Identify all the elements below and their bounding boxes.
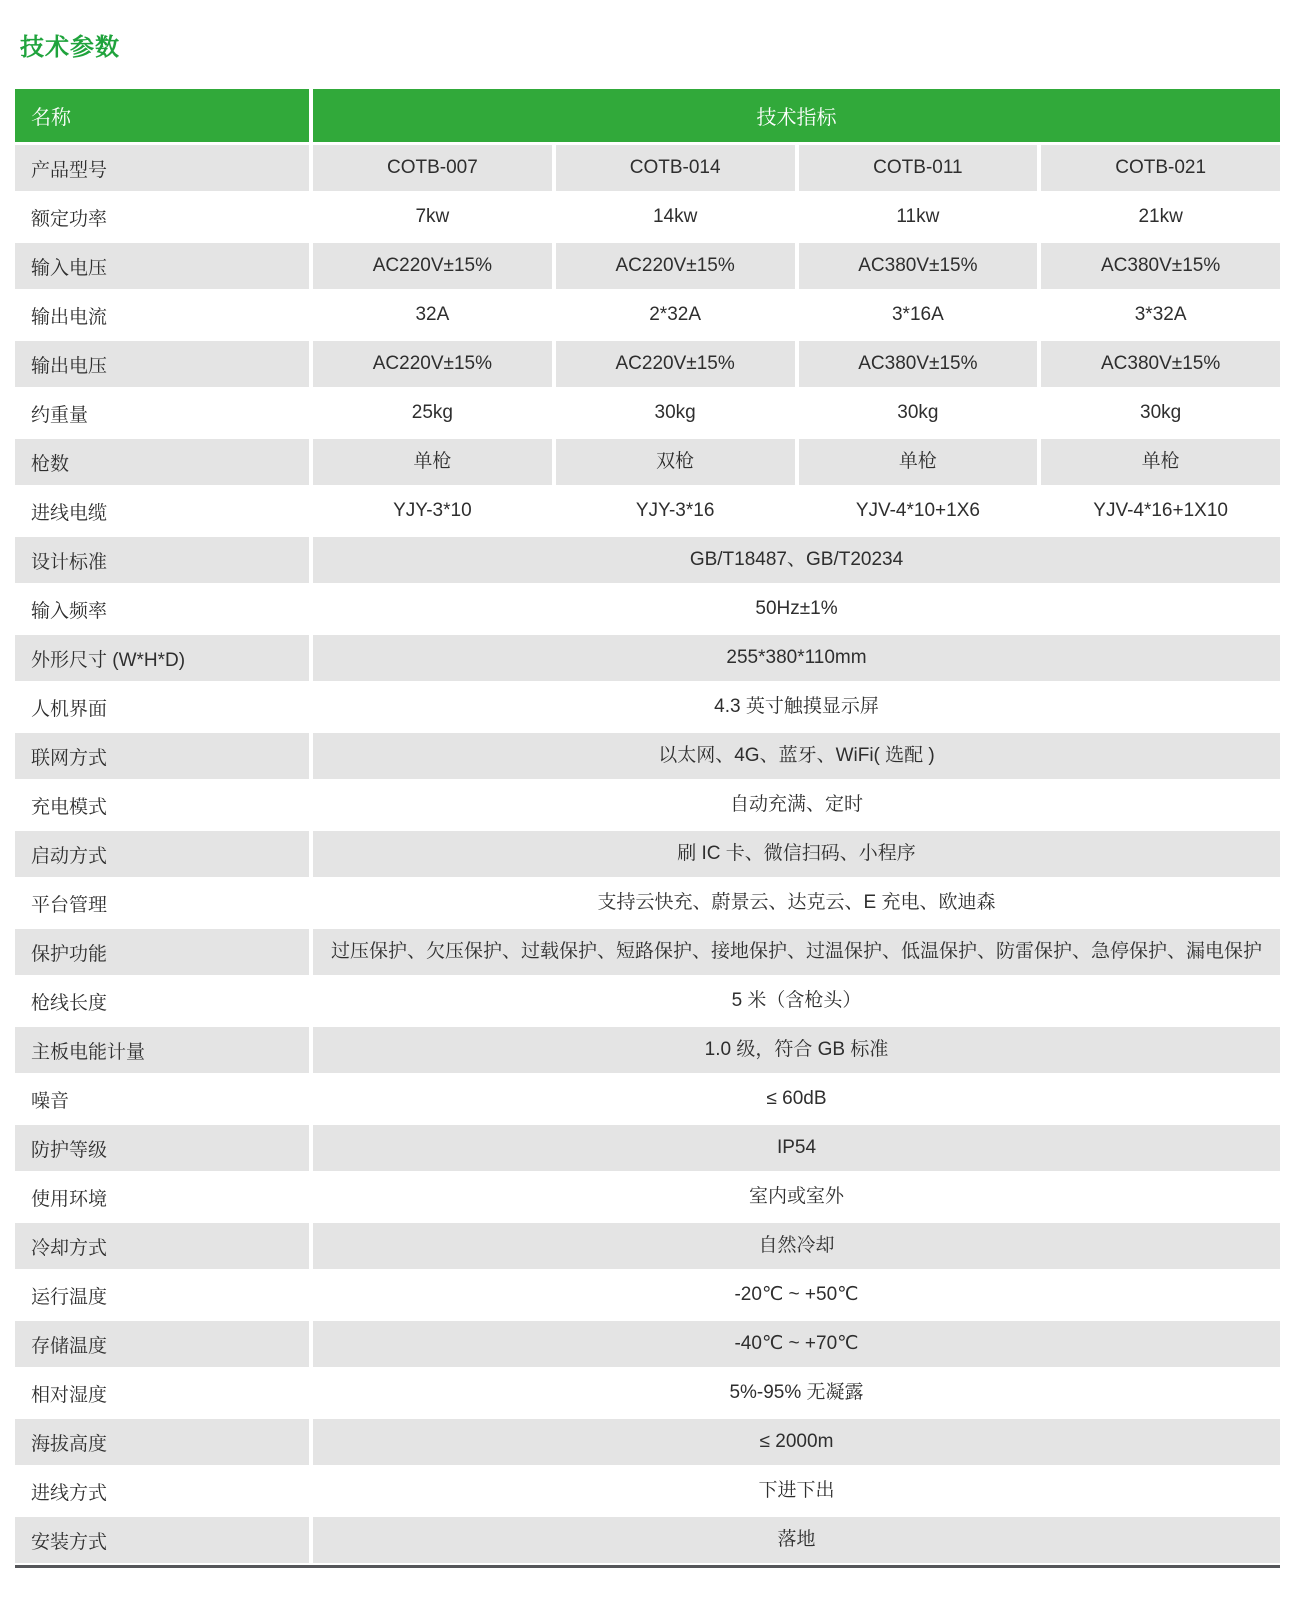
- param-value: COTB-021: [1041, 145, 1280, 191]
- table-row: 设计标准GB/T18487、GB/T20234: [15, 537, 1280, 583]
- header-name-column: 名称: [15, 89, 309, 142]
- param-value: YJY-3*10: [313, 488, 552, 534]
- param-label: 进线方式: [15, 1468, 309, 1514]
- param-value: 单枪: [1041, 439, 1280, 485]
- param-value: YJV-4*16+1X10: [1041, 488, 1280, 534]
- param-value: ≤ 60dB: [313, 1076, 1280, 1122]
- param-label: 平台管理: [15, 880, 309, 926]
- param-label: 防护等级: [15, 1125, 309, 1171]
- param-label: 额定功率: [15, 194, 309, 240]
- param-label: 安装方式: [15, 1517, 309, 1563]
- param-value: COTB-007: [313, 145, 552, 191]
- table-header-row: 名称 技术指标: [15, 89, 1280, 142]
- param-value: AC220V±15%: [556, 243, 795, 289]
- param-value: AC380V±15%: [799, 341, 1038, 387]
- param-value: 室内或室外: [313, 1174, 1280, 1220]
- param-label: 输入频率: [15, 586, 309, 632]
- param-label: 充电模式: [15, 782, 309, 828]
- param-value: 11kw: [799, 194, 1038, 240]
- param-label: 输出电流: [15, 292, 309, 338]
- param-value: 50Hz±1%: [313, 586, 1280, 632]
- table-row: 冷却方式自然冷却: [15, 1223, 1280, 1269]
- param-value: COTB-011: [799, 145, 1038, 191]
- param-value: AC380V±15%: [1041, 243, 1280, 289]
- table-row: 约重量25kg30kg30kg30kg: [15, 390, 1280, 436]
- table-row: 进线方式下进下出: [15, 1468, 1280, 1514]
- table-row: 产品型号COTB-007COTB-014COTB-011COTB-021: [15, 145, 1280, 191]
- table-body: 产品型号COTB-007COTB-014COTB-011COTB-021额定功率…: [15, 145, 1280, 1563]
- spec-table: 名称 技术指标 产品型号COTB-007COTB-014COTB-011COTB…: [15, 89, 1280, 1568]
- param-value: 单枪: [799, 439, 1038, 485]
- param-value: 30kg: [556, 390, 795, 436]
- page-title: 技术参数: [0, 0, 1300, 62]
- param-value: -20℃ ~ +50℃: [313, 1272, 1280, 1318]
- param-value: 3*32A: [1041, 292, 1280, 338]
- param-value: AC220V±15%: [313, 243, 552, 289]
- table-row: 外形尺寸 (W*H*D)255*380*110mm: [15, 635, 1280, 681]
- header-spec-column: 技术指标: [313, 89, 1280, 142]
- param-value: -40℃ ~ +70℃: [313, 1321, 1280, 1367]
- table-row: 安装方式落地: [15, 1517, 1280, 1563]
- param-label: 输出电压: [15, 341, 309, 387]
- param-value: AC220V±15%: [313, 341, 552, 387]
- param-label: 冷却方式: [15, 1223, 309, 1269]
- table-row: 运行温度-20℃ ~ +50℃: [15, 1272, 1280, 1318]
- param-value: 255*380*110mm: [313, 635, 1280, 681]
- param-value: 32A: [313, 292, 552, 338]
- param-value: 落地: [313, 1517, 1280, 1563]
- table-row: 相对湿度5%-95% 无凝露: [15, 1370, 1280, 1416]
- param-label: 运行温度: [15, 1272, 309, 1318]
- table-row: 输出电压AC220V±15%AC220V±15%AC380V±15%AC380V…: [15, 341, 1280, 387]
- table-row: 进线电缆YJY-3*10YJY-3*16YJV-4*10+1X6YJV-4*16…: [15, 488, 1280, 534]
- param-value: 5%-95% 无凝露: [313, 1370, 1280, 1416]
- param-label: 进线电缆: [15, 488, 309, 534]
- param-value: GB/T18487、GB/T20234: [313, 537, 1280, 583]
- param-value: ≤ 2000m: [313, 1419, 1280, 1465]
- param-label: 保护功能: [15, 929, 309, 975]
- param-value: AC220V±15%: [556, 341, 795, 387]
- param-label: 海拔高度: [15, 1419, 309, 1465]
- param-value: 双枪: [556, 439, 795, 485]
- param-value: 30kg: [799, 390, 1038, 436]
- param-value: 7kw: [313, 194, 552, 240]
- param-label: 相对湿度: [15, 1370, 309, 1416]
- param-value: 自然冷却: [313, 1223, 1280, 1269]
- table-row: 使用环境室内或室外: [15, 1174, 1280, 1220]
- table-row: 存储温度-40℃ ~ +70℃: [15, 1321, 1280, 1367]
- param-value: 刷 IC 卡、微信扫码、小程序: [313, 831, 1280, 877]
- param-label: 人机界面: [15, 684, 309, 730]
- table-row: 人机界面4.3 英寸触摸显示屏: [15, 684, 1280, 730]
- param-label: 输入电压: [15, 243, 309, 289]
- table-row: 输出电流32A2*32A3*16A3*32A: [15, 292, 1280, 338]
- table-row: 噪音≤ 60dB: [15, 1076, 1280, 1122]
- param-label: 主板电能计量: [15, 1027, 309, 1073]
- param-label: 产品型号: [15, 145, 309, 191]
- table-row: 充电模式自动充满、定时: [15, 782, 1280, 828]
- param-value: YJY-3*16: [556, 488, 795, 534]
- param-label: 联网方式: [15, 733, 309, 779]
- param-value: COTB-014: [556, 145, 795, 191]
- table-row: 枪数单枪双枪单枪单枪: [15, 439, 1280, 485]
- table-row: 主板电能计量1.0 级，符合 GB 标准: [15, 1027, 1280, 1073]
- param-value: 3*16A: [799, 292, 1038, 338]
- param-value: 单枪: [313, 439, 552, 485]
- param-label: 存储温度: [15, 1321, 309, 1367]
- param-label: 启动方式: [15, 831, 309, 877]
- param-value: YJV-4*10+1X6: [799, 488, 1038, 534]
- param-value: AC380V±15%: [799, 243, 1038, 289]
- param-label: 约重量: [15, 390, 309, 436]
- table-row: 枪线长度5 米（含枪头）: [15, 978, 1280, 1024]
- param-value: 21kw: [1041, 194, 1280, 240]
- param-label: 枪数: [15, 439, 309, 485]
- param-value: 14kw: [556, 194, 795, 240]
- table-row: 启动方式刷 IC 卡、微信扫码、小程序: [15, 831, 1280, 877]
- param-value: 25kg: [313, 390, 552, 436]
- table-row: 防护等级IP54: [15, 1125, 1280, 1171]
- table-row: 保护功能过压保护、欠压保护、过载保护、短路保护、接地保护、过温保护、低温保护、防…: [15, 929, 1280, 975]
- param-value: 30kg: [1041, 390, 1280, 436]
- param-label: 枪线长度: [15, 978, 309, 1024]
- table-row: 额定功率7kw14kw11kw21kw: [15, 194, 1280, 240]
- table-row: 平台管理支持云快充、蔚景云、达克云、E 充电、欧迪森: [15, 880, 1280, 926]
- param-label: 噪音: [15, 1076, 309, 1122]
- param-value: 1.0 级，符合 GB 标准: [313, 1027, 1280, 1073]
- param-label: 设计标准: [15, 537, 309, 583]
- param-value: 5 米（含枪头）: [313, 978, 1280, 1024]
- param-value: 过压保护、欠压保护、过载保护、短路保护、接地保护、过温保护、低温保护、防雷保护、…: [313, 929, 1280, 975]
- param-value: 4.3 英寸触摸显示屏: [313, 684, 1280, 730]
- param-value: IP54: [313, 1125, 1280, 1171]
- param-value: 自动充满、定时: [313, 782, 1280, 828]
- param-label: 外形尺寸 (W*H*D): [15, 635, 309, 681]
- table-row: 输入电压AC220V±15%AC220V±15%AC380V±15%AC380V…: [15, 243, 1280, 289]
- table-row: 输入频率50Hz±1%: [15, 586, 1280, 632]
- param-label: 使用环境: [15, 1174, 309, 1220]
- table-row: 联网方式以太网、4G、蓝牙、WiFi( 选配 ): [15, 733, 1280, 779]
- param-value: 支持云快充、蔚景云、达克云、E 充电、欧迪森: [313, 880, 1280, 926]
- param-value: AC380V±15%: [1041, 341, 1280, 387]
- param-value: 下进下出: [313, 1468, 1280, 1514]
- spec-sheet-page: 技术参数 名称 技术指标 产品型号COTB-007COTB-014COTB-01…: [0, 0, 1300, 1621]
- param-value: 2*32A: [556, 292, 795, 338]
- param-value: 以太网、4G、蓝牙、WiFi( 选配 ): [313, 733, 1280, 779]
- table-row: 海拔高度≤ 2000m: [15, 1419, 1280, 1465]
